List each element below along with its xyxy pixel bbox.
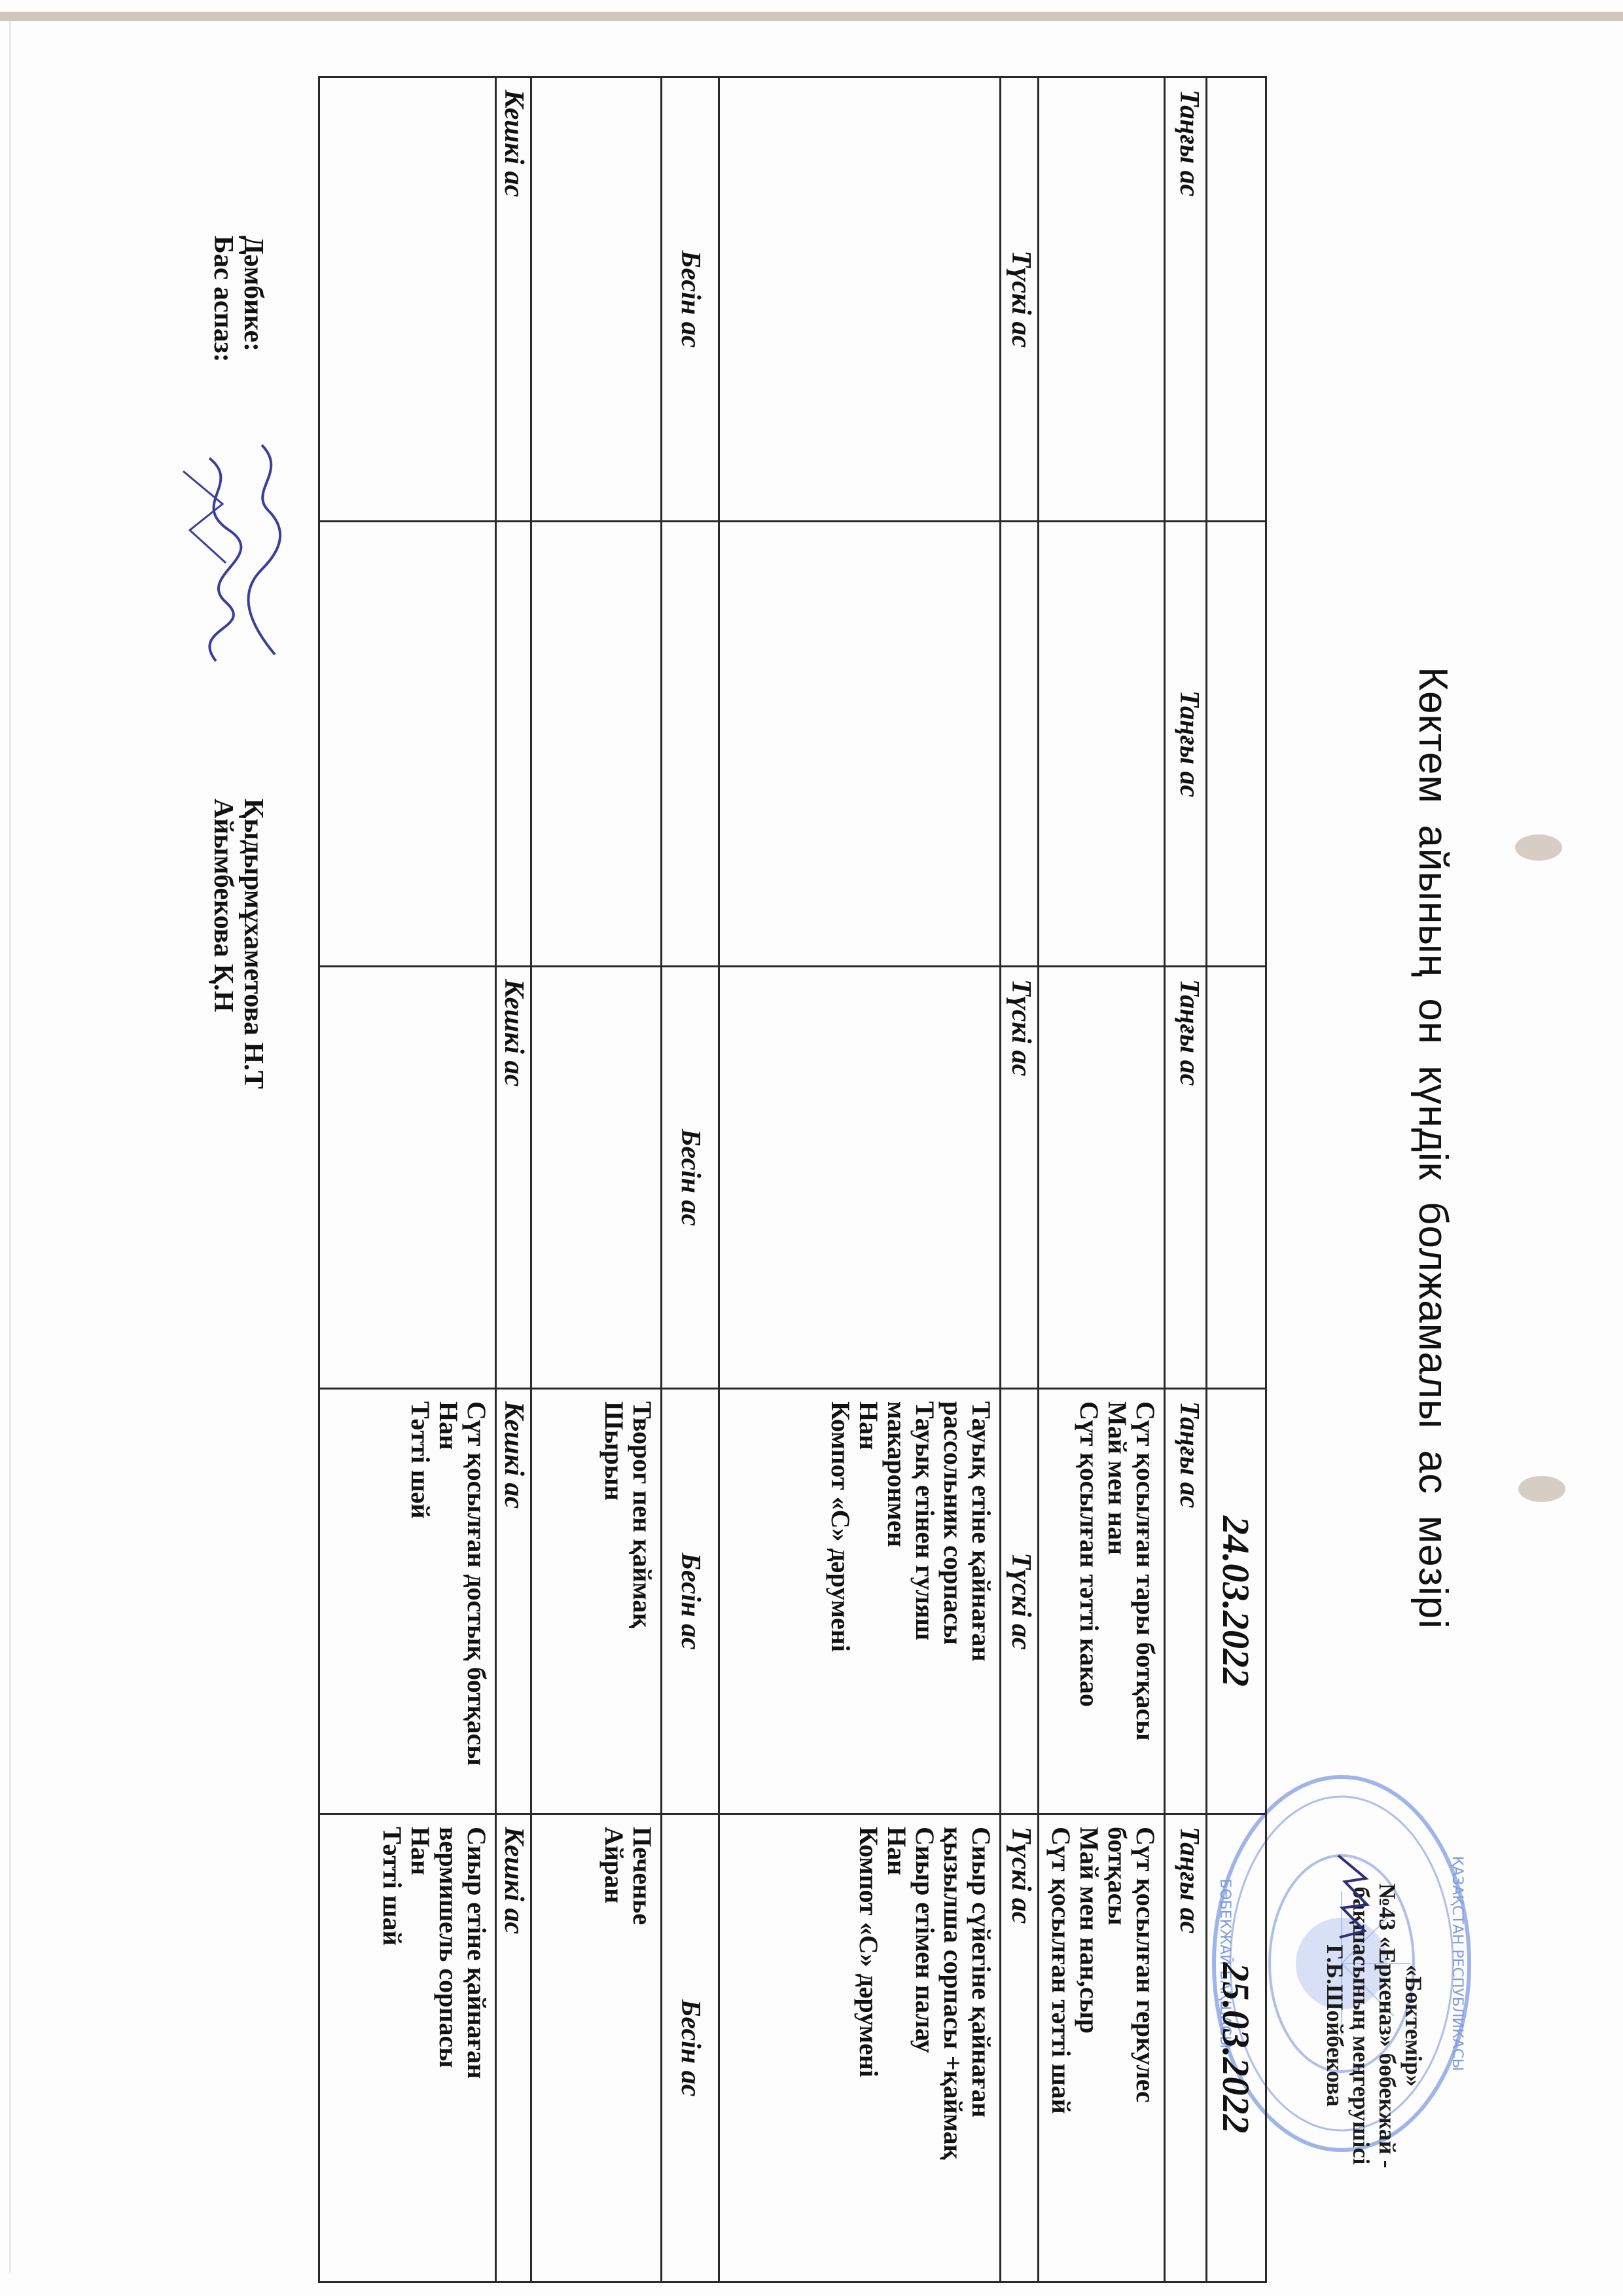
- signature-role: Бас аспаз:: [208, 236, 238, 393]
- date-header: [1207, 967, 1266, 1389]
- menu-sheet: ҚАЗАҚСТАН РЕСПУБЛИКАСЫ БӨБЕКЖАЙ-БАҚШАСЫ …: [0, 0, 1623, 2296]
- meal-items-snack: ПеченьеАйран: [531, 1814, 662, 2282]
- meal-label-breakfast: Таңғы ас: [1165, 77, 1207, 522]
- meal-items-dinner: [319, 77, 496, 522]
- menu-item: макаронмен: [883, 1401, 911, 1801]
- menu-item: Сиыр етіне қайнаған: [463, 1827, 491, 2269]
- date-header: [1207, 522, 1266, 967]
- meal-label-dinner: Кешкі ас: [496, 1389, 531, 1814]
- meal-label-breakfast: Таңғы ас: [1165, 967, 1207, 1389]
- menu-item: рассольник сорпасы: [939, 1401, 967, 1801]
- date-header: [1207, 77, 1266, 522]
- meal-items-dinner: Сиыр етіне қайнағанвермишель сорпасыНанТ…: [319, 1814, 496, 2282]
- director-signature-icon: [1332, 1852, 1371, 1957]
- menu-item: Сүт қосылған достық ботқасы: [463, 1401, 491, 1801]
- menu-item: Компот «С» дәрумені: [855, 1827, 883, 2269]
- meal-items-snack: Творог пен қаймақШырын: [531, 1389, 662, 1814]
- menu-item: ботқасы: [1103, 1827, 1132, 2269]
- signature-role: Дәмбике:: [238, 236, 268, 393]
- meal-items-dinner: [319, 522, 496, 967]
- meal-items-breakfast: Сүт қосылған тары ботқасыМай мен нанСүт …: [1039, 1389, 1165, 1814]
- breakfast-items-row: Сүт қосылған тары ботқасыМай мен нанСүт …: [1039, 77, 1165, 2282]
- meal-items-lunch: Сиыр сүйегіне қайнағанқызылша сорпасы +қ…: [719, 1814, 1001, 2282]
- meal-label-dinner: [496, 522, 531, 967]
- menu-item: Нан: [855, 1401, 883, 1801]
- menu-item: Сиыр сүйегіне қайнаған: [967, 1827, 995, 2269]
- lunch-items-row: Тауық етіне қайнағанрассольник сорпасыТа…: [719, 77, 1001, 2282]
- snack-label-row: Бесін ас Бесін ас Бесін ас Бесін ас: [662, 77, 719, 2282]
- menu-item: Творог пен қаймақ: [628, 1401, 656, 1801]
- lunch-label-row: Түскі ас Түскі ас Түскі ас Түскі ас: [1001, 77, 1039, 2282]
- meal-label-lunch: Түскі ас: [1001, 1814, 1039, 2282]
- meal-label-lunch: Түскі ас: [1001, 77, 1039, 522]
- menu-item: Тәтті шәй: [406, 1401, 435, 1801]
- meal-label-breakfast: Таңғы ас: [1165, 1814, 1207, 2282]
- menu-item: вермишель сорпасы: [435, 1827, 463, 2269]
- meal-label-snack: Бесін ас: [662, 1814, 719, 2282]
- menu-item: Нан: [406, 1827, 435, 2269]
- meal-label-snack: Бесін ас: [662, 1389, 719, 1814]
- menu-item: Компот «С» дәрумені: [827, 1401, 855, 1801]
- menu-item: Сүт қосылған геркулес: [1132, 1827, 1160, 2269]
- menu-item: Май мен нан: [1103, 1401, 1132, 1801]
- dinner-label-row: Кешкі ас Кешкі ас Кешкі ас Кешкі ас: [496, 77, 531, 2282]
- signature-name: Айымбекова Қ.Н: [208, 798, 238, 1012]
- menu-item: Май мен нан,сыр: [1075, 1827, 1103, 2269]
- meal-items-breakfast: [1039, 522, 1165, 967]
- meal-items-snack: [531, 522, 662, 967]
- meal-items-lunch: [719, 522, 1001, 967]
- stamp-line: №43 «Еркеназ» бөбекжай -: [1374, 1842, 1400, 2209]
- meal-label-snack: Бесін ас: [662, 77, 719, 522]
- meal-items-breakfast: [1039, 967, 1165, 1389]
- meal-label-snack: Бесін ас: [662, 967, 719, 1389]
- page-title: Көктем айының он күндік болжамалы ас мәз…: [1410, 0, 1456, 2296]
- menu-item: Сиыр етімен палау: [911, 1827, 939, 2269]
- meal-label-breakfast: Таңғы ас: [1165, 1389, 1207, 1814]
- menu-item: Тәтті шай: [378, 1827, 406, 2269]
- meal-label-snack: [662, 522, 719, 967]
- meal-items-breakfast: Сүт қосылған геркулесботқасыМай мен нан,…: [1039, 1814, 1165, 2282]
- breakfast-label-row: Таңғы ас Таңғы ас Таңғы ас Таңғы ас Таңғ…: [1165, 77, 1207, 2282]
- meal-label-lunch: [1001, 522, 1039, 967]
- handwritten-signature-icon: [177, 432, 288, 668]
- meal-items-snack: [531, 967, 662, 1389]
- meal-label-lunch: Түскі ас: [1001, 967, 1039, 1389]
- date-header-row: 24.03.2022 25.03.2022: [1207, 77, 1266, 2282]
- meal-items-lunch: [719, 77, 1001, 522]
- meal-items-dinner: Сүт қосылған достық ботқасыНанТәтті шәй: [319, 1389, 496, 1814]
- menu-item: Сүт қосылған тәтті какао: [1075, 1401, 1103, 1801]
- date-header: 24.03.2022: [1207, 1389, 1266, 1814]
- meal-items-snack: [531, 77, 662, 522]
- menu-item: Нан: [435, 1401, 463, 1801]
- meal-items-lunch: Тауық етіне қайнағанрассольник сорпасыТа…: [719, 1389, 1001, 1814]
- meal-items-dinner: [319, 967, 496, 1389]
- dinner-items-row: Сүт қосылған достық ботқасыНанТәтті шәй …: [319, 77, 496, 2282]
- menu-item: Тауық етіне қайнаған: [967, 1401, 995, 1801]
- menu-item: Айран: [600, 1827, 628, 2269]
- meal-label-dinner: Кешкі ас: [496, 77, 531, 522]
- meal-label-lunch: Түскі ас: [1001, 1389, 1039, 1814]
- meal-label-dinner: Кешкі ас: [496, 1814, 531, 2282]
- menu-item: Сүт қосылған тары ботқасы: [1132, 1401, 1160, 1801]
- menu-item: Печенье: [628, 1827, 656, 2269]
- menu-item: Тауық етінен гуляш: [911, 1401, 939, 1801]
- meal-items-breakfast: [1039, 77, 1165, 522]
- menu-item: қызылша сорпасы +қаймақ: [939, 1827, 967, 2269]
- meal-label-dinner: Кешкі ас: [496, 967, 531, 1389]
- date-header: 25.03.2022: [1207, 1814, 1266, 2282]
- menu-item: Нан: [883, 1827, 911, 2269]
- snack-items-row: Творог пен қаймақШырын ПеченьеАйран: [531, 77, 662, 2282]
- signature-name: Қыдырмұхаметова Н.Т: [238, 798, 268, 1089]
- menu-table: 24.03.2022 25.03.2022 Таңғы ас Таңғы ас …: [318, 76, 1267, 2283]
- meal-items-lunch: [719, 967, 1001, 1389]
- menu-item: Шырын: [600, 1401, 628, 1801]
- meal-label-breakfast: Таңғы ас: [1165, 522, 1207, 967]
- menu-item: Сүт қосылған тәтті шай: [1047, 1827, 1075, 2269]
